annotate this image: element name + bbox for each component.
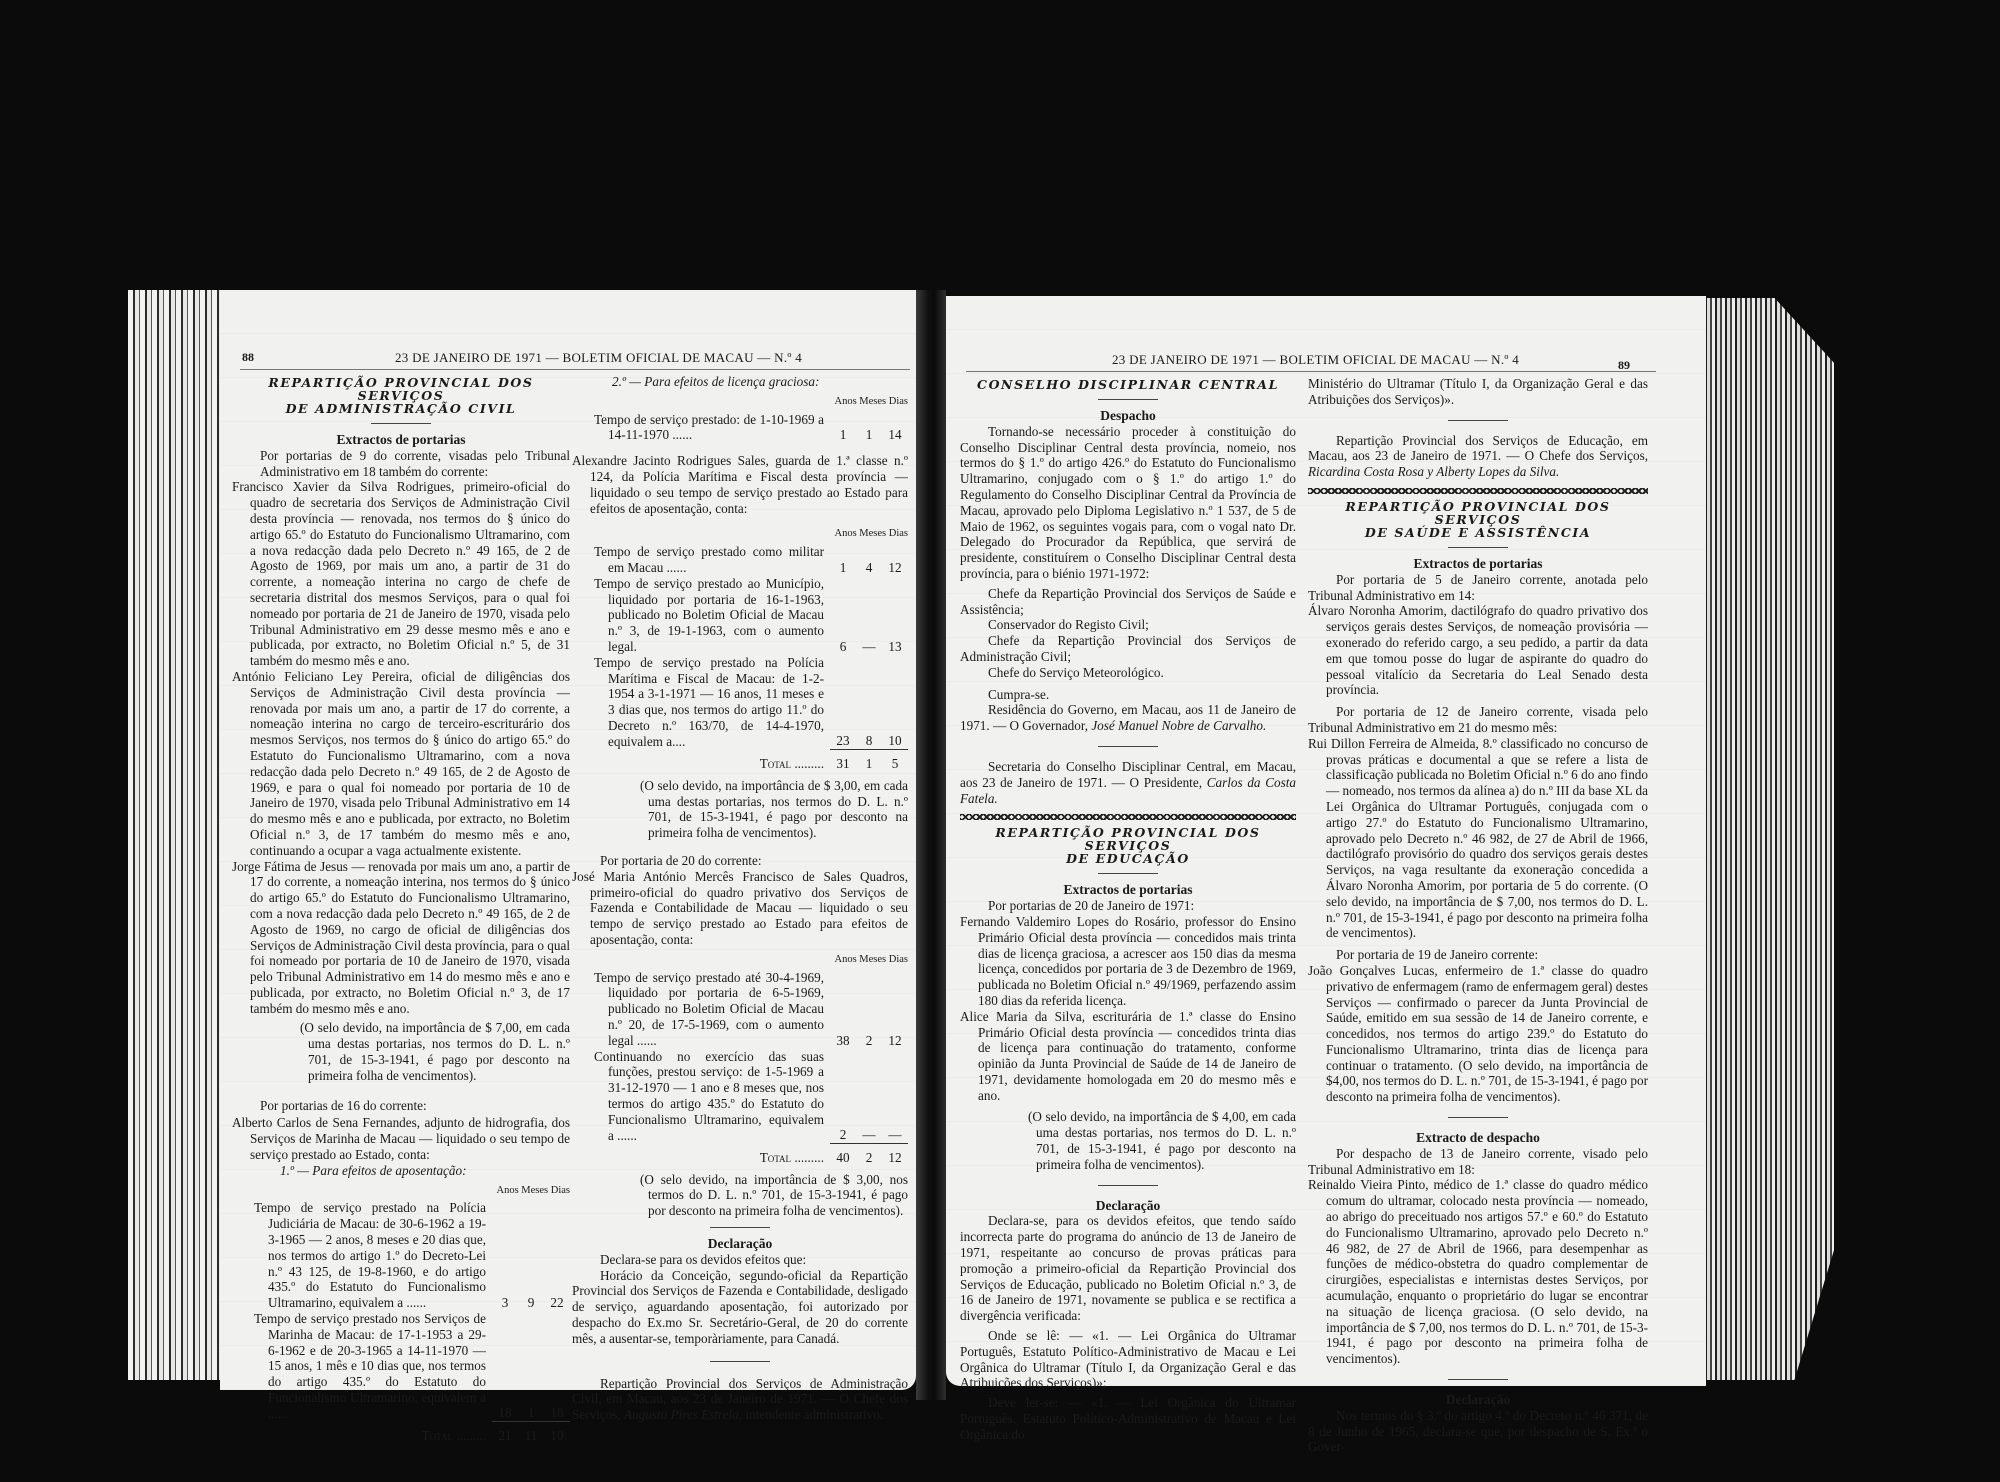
onde-se-le: Onde se lê: — «1. — Lei Orgânica do Ultr… <box>960 1328 1296 1391</box>
secretaria: Secretaria do Conselho Disciplinar Centr… <box>960 759 1296 806</box>
entry-joao: João Gonçalves Lucas, enfermeiro de 1.ª … <box>1308 963 1648 1105</box>
intro-4: Por despacho de 13 de Janeiro corrente, … <box>1308 1146 1648 1178</box>
right-column-2: Ministério do Ultramar (Título I, da Org… <box>1308 376 1648 1455</box>
divider <box>371 423 431 424</box>
intro-1: Por portaria de 5 de Janeiro corrente, a… <box>1308 572 1648 604</box>
divider <box>1098 873 1158 874</box>
stamp-note-3: (O selo devido, na importância de $ 3,00… <box>640 1172 908 1219</box>
stamp-note-2: (O selo devido, na importância de $ 3,00… <box>640 778 908 841</box>
alberto-graciosa-table: Tempo de serviço prestado: de 1-10-1969 … <box>572 412 908 444</box>
entry-alice: Alice Maria da Silva, escriturária de 1.… <box>960 1009 1296 1104</box>
alexandre-service-table: Tempo de serviço prestado como militar e… <box>572 544 908 772</box>
divider <box>1098 1185 1158 1186</box>
running-header: 23 DE JANEIRO DE 1971 — BOLETIM OFICIAL … <box>395 350 802 366</box>
entry-antonio: António Feliciano Ley Pereira, oficial d… <box>232 669 570 859</box>
book-spine <box>916 290 946 1400</box>
header-rule <box>240 369 910 370</box>
closing: Repartição Provincial dos Serviços de Ad… <box>572 1376 908 1423</box>
left-column-2: 2.º — Para efeitos de licença graciosa: … <box>572 374 908 1423</box>
subheading-despacho: Despacho <box>960 408 1296 424</box>
despacho-text: Tornando-se necessário proceder à consti… <box>960 424 1296 582</box>
page-number: 88 <box>242 350 254 365</box>
declaration-heading: Declaração <box>960 1198 1296 1214</box>
running-header: 23 DE JANEIRO DE 1971 — BOLETIM OFICIAL … <box>1112 352 1519 368</box>
section-separator <box>960 814 1296 820</box>
cumpra-se: Cumpra-se. <box>960 687 1296 703</box>
section-title-saude: REPARTIÇÃO PROVINCIAL DOS SERVIÇOS DE SA… <box>1308 500 1648 539</box>
total-row: Total .........3115 <box>572 750 908 772</box>
residencia: Residência do Governo, em Macau, aos 11 … <box>960 702 1296 734</box>
left-column-1: REPARTIÇÃO PROVINCIAL DOS SERVIÇOS DE AD… <box>232 374 570 1444</box>
intro: Por portarias de 9 do corrente, visadas … <box>232 448 570 480</box>
subheading: Extractos de portarias <box>1308 556 1648 572</box>
table-row: Tempo de serviço prestado como militar e… <box>572 544 908 576</box>
stamp-note: (O selo devido, na importância de $ 4,00… <box>1028 1109 1296 1172</box>
table-header: Anos Meses Dias <box>572 952 908 968</box>
despacho-heading: Extracto de despacho <box>1308 1130 1648 1146</box>
subheading: Extractos de portarias <box>960 882 1296 898</box>
section-separator <box>1308 488 1648 494</box>
intro-2: Por portaria de 12 de Janeiro corrente, … <box>1308 704 1648 736</box>
table-header: Anos Meses Dias <box>572 394 908 410</box>
divider <box>710 1227 770 1228</box>
divider <box>1098 399 1158 400</box>
total-row: Total .........211110 <box>232 1422 570 1444</box>
entry-francisco: Francisco Xavier da Silva Rodrigues, pri… <box>232 479 570 669</box>
closing: Repartição Provincial dos Serviços de Ed… <box>1308 433 1648 480</box>
page-89: 23 DE JANEIRO DE 1971 — BOLETIM OFICIAL … <box>946 296 1706 1386</box>
open-bulletin-book: 88 23 DE JANEIRO DE 1971 — BOLETIM OFICI… <box>0 0 2000 1482</box>
stamp-note: (O selo devido, na importância de $ 7,00… <box>300 1020 570 1083</box>
declaration-heading: Declaração <box>572 1236 908 1252</box>
entry-alexandre: Alexandre Jacinto Rodrigues Sales, guard… <box>572 453 908 516</box>
table-row: Tempo de serviço prestado ao Município, … <box>572 576 908 655</box>
divider <box>1448 420 1508 421</box>
member-1: Chefe da Repartição Provincial dos Servi… <box>960 586 1296 618</box>
alberto-part1-heading: 1.º — Para efeitos de aposentação: <box>280 1163 570 1179</box>
declaration-text: Declara-se, para os devidos efeitos, que… <box>960 1213 1296 1324</box>
intro-3: Por portaria de 20 do corrente: <box>572 853 908 869</box>
declaration-text: Horácio da Conceição, segundo-oficial da… <box>572 1268 908 1347</box>
divider <box>1098 746 1158 747</box>
deve-ler-se: Deve ler-se: — «1. — Lei Orgânica do Ult… <box>960 1395 1296 1442</box>
entry-jorge: Jorge Fátima de Jesus — renovada por mai… <box>232 859 570 1017</box>
member-3: Chefe da Repartição Provincial dos Servi… <box>960 633 1296 665</box>
right-column-1: CONSELHO DISCIPLINAR CENTRAL Despacho To… <box>960 376 1296 1443</box>
left-page-stack-edge <box>128 290 228 1380</box>
entry-alberto: Alberto Carlos de Sena Fernandes, adjunt… <box>232 1115 570 1162</box>
intro-3: Por portaria de 19 de Janeiro corrente: <box>1308 947 1648 963</box>
section-title-conselho: CONSELHO DISCIPLINAR CENTRAL <box>960 378 1296 391</box>
divider <box>710 1361 770 1362</box>
page-88: 88 23 DE JANEIRO DE 1971 — BOLETIM OFICI… <box>220 290 916 1390</box>
subheading: Extractos de portarias <box>232 432 570 448</box>
intro-2: Por portarias de 16 do corrente: <box>232 1098 570 1114</box>
jose-service-table: Tempo de serviço prestado até 30-4-1969,… <box>572 970 908 1166</box>
entry-jose: José Maria António Mercês Francisco de S… <box>572 869 908 948</box>
table-row: Tempo de serviço prestado até 30-4-1969,… <box>572 970 908 1049</box>
declaration-text: Nos termos do § 3.º do artigo 4.º do Dec… <box>1308 1408 1648 1455</box>
section-title-educacao: REPARTIÇÃO PROVINCIAL DOS SERVIÇOS DE ED… <box>960 826 1296 865</box>
header-rule <box>966 371 1656 372</box>
table-row: Tempo de serviço prestado nos Serviços d… <box>232 1311 570 1422</box>
member-2: Conservador do Registo Civil; <box>960 617 1296 633</box>
total-row: Total .........40212 <box>572 1143 908 1165</box>
table-header: Anos Meses Dias <box>232 1183 570 1199</box>
right-page-stack-edge <box>1702 298 1834 1380</box>
table-row: Tempo de serviço prestado: de 1-10-1969 … <box>572 412 908 444</box>
table-header: Anos Meses Dias <box>572 526 908 542</box>
alberto-part2-heading: 2.º — Para efeitos de licença graciosa: <box>612 374 908 390</box>
divider <box>1448 1379 1508 1380</box>
declaration-intro: Declara-se para os devidos efeitos que: <box>572 1252 908 1268</box>
table-row: Continuando no exercício das suas funçõe… <box>572 1049 908 1144</box>
continuation: Ministério do Ultramar (Título I, da Org… <box>1308 376 1648 408</box>
divider <box>1448 1117 1508 1118</box>
entry-reinaldo: Reinaldo Vieira Pinto, médico de 1.ª cla… <box>1308 1177 1648 1367</box>
table-row: Tempo de serviço prestado na Polícia Jud… <box>232 1200 570 1311</box>
table-row: Tempo de serviço prestado na Polícia Mar… <box>572 655 908 750</box>
intro: Por portarias de 20 de Janeiro de 1971: <box>960 898 1296 914</box>
entry-rui: Rui Dillon Ferreira de Almeida, 8.º clas… <box>1308 736 1648 941</box>
alberto-service-table: Tempo de serviço prestado na Polícia Jud… <box>232 1200 570 1443</box>
entry-fernando: Fernando Valdemiro Lopes do Rosário, pro… <box>960 914 1296 1009</box>
section-title-administracao-civil: REPARTIÇÃO PROVINCIAL DOS SERVIÇOS DE AD… <box>232 376 570 415</box>
divider <box>1448 547 1508 548</box>
member-4: Chefe do Serviço Meteorológico. <box>960 665 1296 681</box>
declaration-heading: Declaração <box>1308 1392 1648 1408</box>
entry-alvaro: Álvaro Noronha Amorim, dactilógrafo do q… <box>1308 603 1648 698</box>
